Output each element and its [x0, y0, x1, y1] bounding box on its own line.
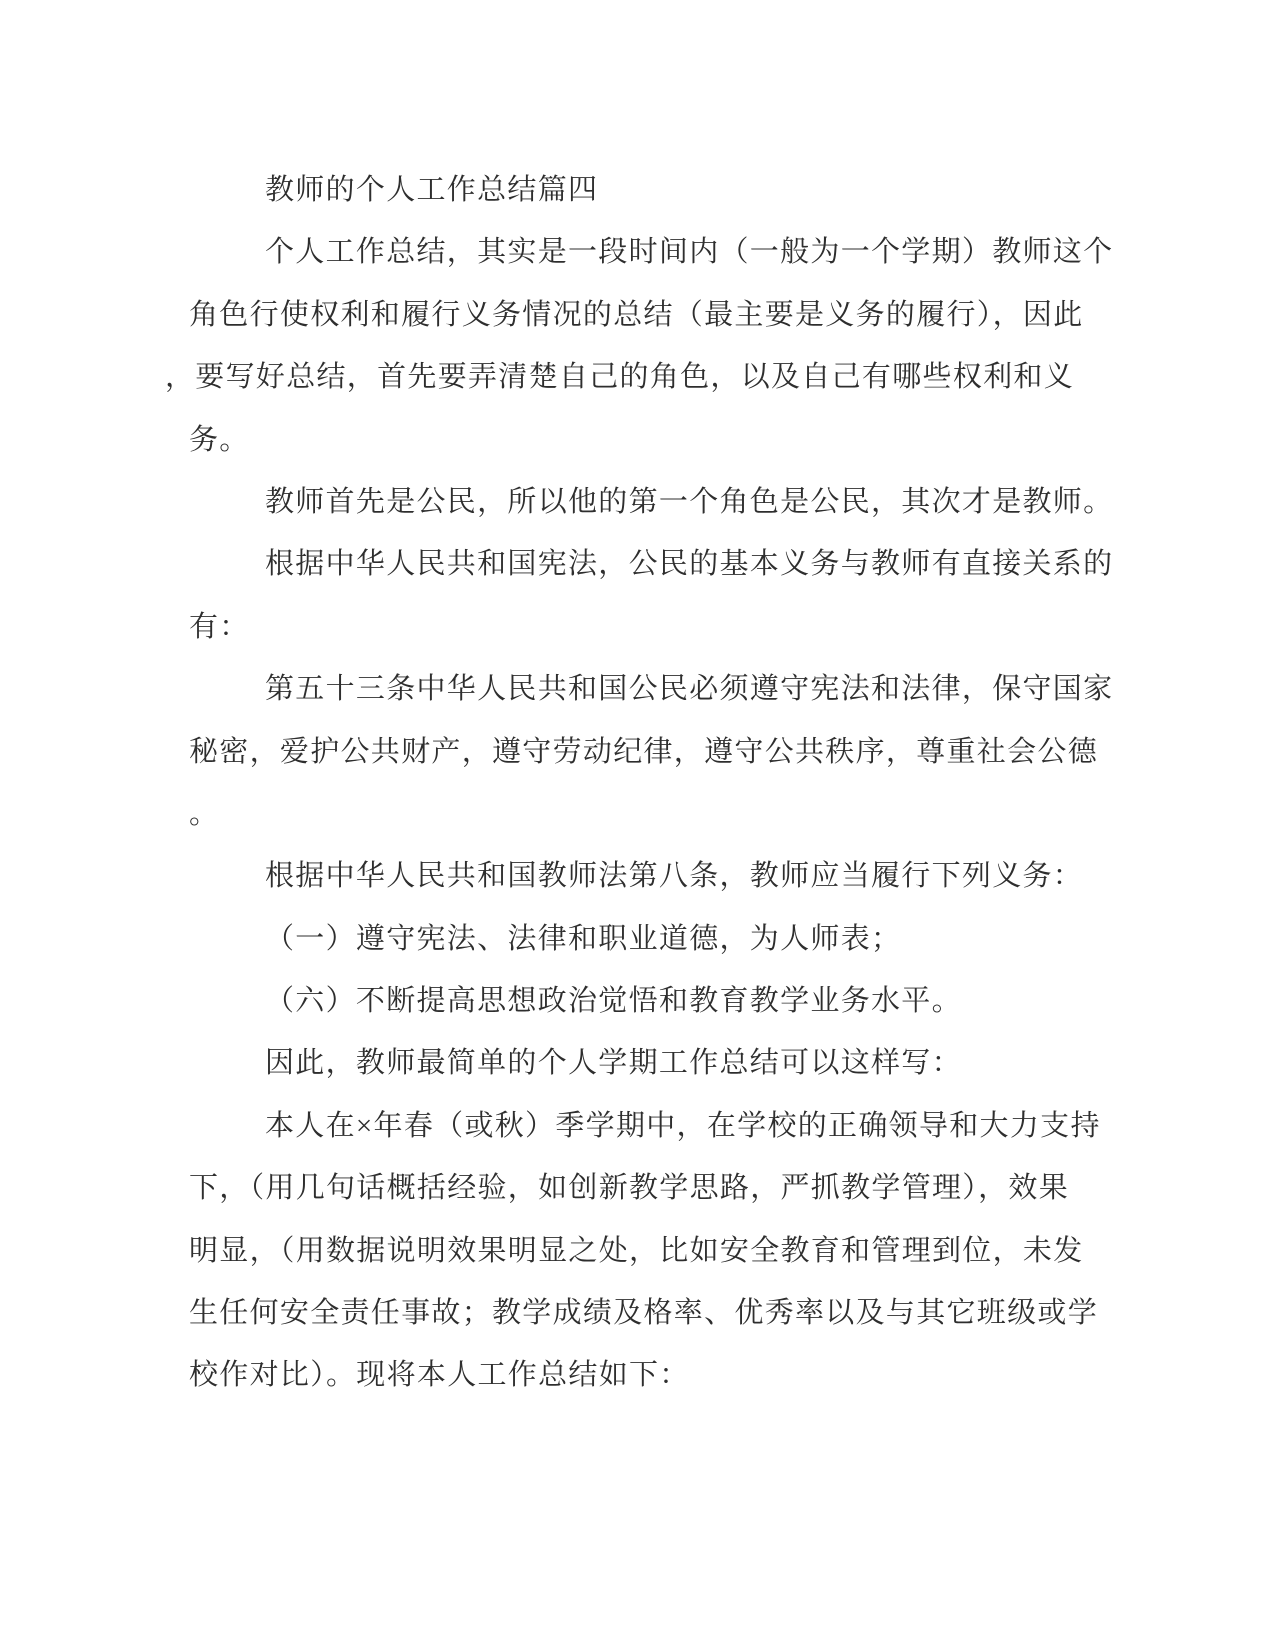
text-line: （一）遵守宪法、法律和职业道德，为人师表；	[189, 908, 1149, 970]
document-body: 教师的个人工作总结篇四 个人工作总结，其实是一段时间内（一般为一个学期）教师这个…	[189, 159, 1149, 1407]
text-line: 教师首先是公民，所以他的第一个角色是公民，其次才是教师。	[189, 471, 1149, 533]
text-line: 有：	[189, 596, 1149, 658]
text-line: 第五十三条中华人民共和国公民必须遵守宪法和法律，保守国家	[189, 658, 1149, 720]
text-line: 个人工作总结，其实是一段时间内（一般为一个学期）教师这个	[189, 221, 1149, 283]
text-line: 明显，（用数据说明效果明显之处，比如安全教育和管理到位，未发	[189, 1220, 1149, 1282]
text-line: 秘密，爱护公共财产，遵守劳动纪律，遵守公共秩序，尊重社会公德	[189, 721, 1149, 783]
text-line: 下，（用几句话概括经验，如创新教学思路，严抓教学管理），效果	[189, 1157, 1149, 1219]
document-page: 教师的个人工作总结篇四 个人工作总结，其实是一段时间内（一般为一个学期）教师这个…	[0, 0, 1275, 1650]
text-line: （六）不断提高思想政治觉悟和教育教学业务水平。	[189, 970, 1149, 1032]
text-line: 务。	[189, 409, 1149, 471]
text-line: ，要写好总结，首先要弄清楚自己的角色，以及自己有哪些权利和义	[165, 346, 1149, 408]
text-line: 本人在×年春（或秋）季学期中，在学校的正确领导和大力支持	[189, 1095, 1149, 1157]
text-line: 根据中华人民共和国宪法，公民的基本义务与教师有直接关系的	[189, 533, 1149, 595]
text-line: 因此，教师最简单的个人学期工作总结可以这样写：	[189, 1032, 1149, 1094]
text-line: 校作对比）。现将本人工作总结如下：	[189, 1344, 1149, 1406]
text-line: 角色行使权利和履行义务情况的总结（最主要是义务的履行），因此	[189, 284, 1149, 346]
text-line: 生任何安全责任事故；教学成绩及格率、优秀率以及与其它班级或学	[189, 1282, 1149, 1344]
text-line: 根据中华人民共和国教师法第八条，教师应当履行下列义务：	[189, 845, 1149, 907]
text-line: 。	[189, 783, 1149, 845]
document-title-line: 教师的个人工作总结篇四	[189, 159, 1149, 221]
